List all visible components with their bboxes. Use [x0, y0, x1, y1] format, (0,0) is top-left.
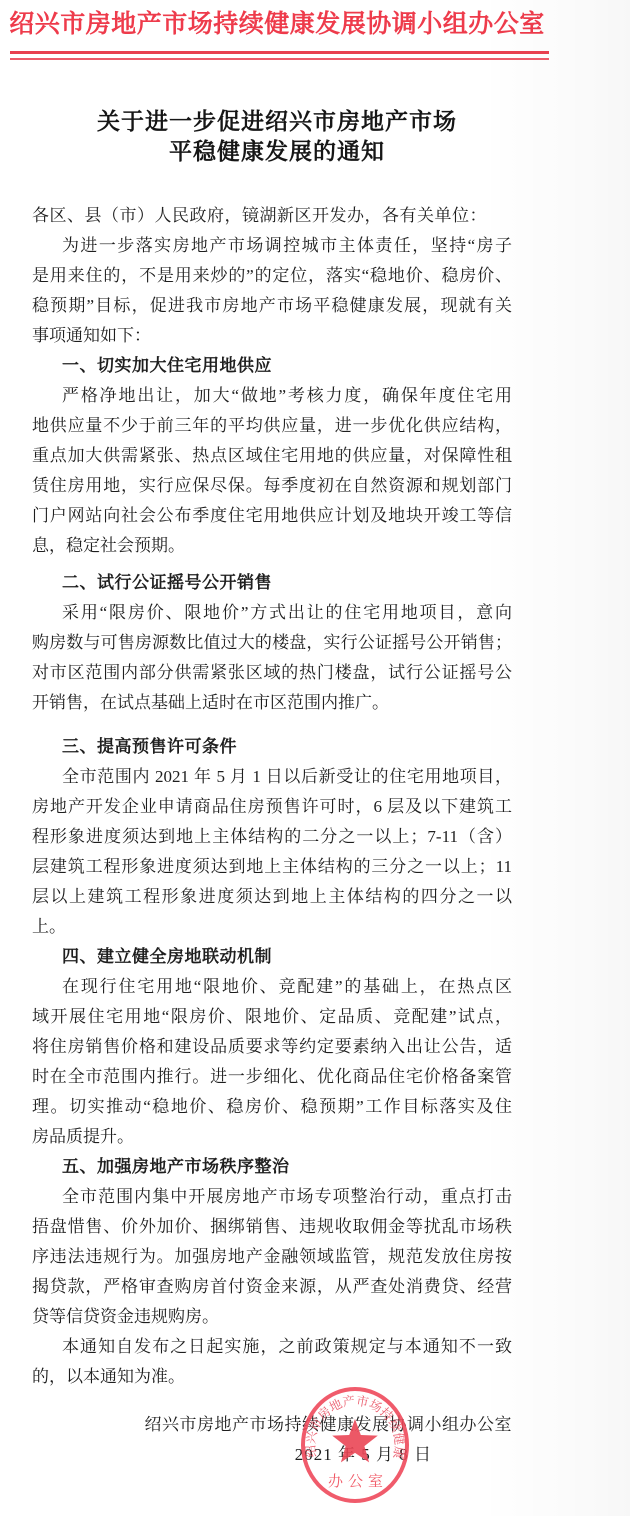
body-line: 对市区范围内部分供需紧张区域的热门楼盘，试行公证摇号公	[32, 658, 512, 688]
body-line: 将住房销售价格和建设品质要求等约定要素纳入出让公告，适	[32, 1032, 512, 1062]
body-line: 时在全市范围内推行。进一步细化、优化商品住宅价格备案管	[32, 1062, 512, 1092]
section-heading-3: 三、提高预售许可条件	[32, 732, 512, 762]
letterhead-divider-line	[10, 51, 549, 60]
body-line: 贷等信贷资金违规购房。	[32, 1302, 512, 1332]
body-line: 域开展住宅用地“限房价、限地价、定品质、竞配建”试点，	[32, 1002, 512, 1032]
body-line: 全市范围内 2021 年 5 月 1 日以后新受让的住宅用地项目，	[32, 762, 512, 792]
addressee-line: 各区、县（市）人民政府，镜湖新区开发办，各有关单位：	[32, 201, 512, 231]
body-line: 理。切实推动“稳地价、稳房价、稳预期”工作目标落实及住	[32, 1092, 512, 1122]
body-line: 序违法违规行为。加强房地产金融领域监管，规范发放住房按	[32, 1242, 512, 1272]
body-line: 事项通知如下：	[32, 321, 512, 351]
body-line: 层建筑工程形象进度须达到地上主体结构的三分之一以上；11	[32, 852, 512, 882]
body-line: 息，稳定社会预期。	[32, 531, 512, 561]
document-body: 各区、县（市）人民政府，镜湖新区开发办，各有关单位： 为进一步落实房地产市场调控…	[0, 201, 630, 1392]
official-notice-document: 绍兴市房地产市场持续健康发展协调小组办公室 关于进一步促进绍兴市房地产市场 平稳…	[0, 0, 630, 1516]
body-line: 全市范围内集中开展房地产市场专项整治行动，重点打击	[32, 1182, 512, 1212]
body-line: 采用“限房价、限地价”方式出让的住宅用地项目，意向	[32, 598, 512, 628]
body-line: 捂盘惜售、价外加价、捆绑销售、违规收取佣金等扰乱市场秩	[32, 1212, 512, 1242]
body-line: 上。	[32, 912, 512, 942]
signature-organization: 绍兴市房地产市场持续健康发展协调小组办公室	[32, 1410, 512, 1440]
document-title-line2: 平稳健康发展的通知	[0, 137, 554, 167]
body-line: 赁住房用地，实行应保尽保。每季度初在自然资源和规划部门	[32, 471, 512, 501]
signature-date: 2021 年 5 月 8 日	[32, 1440, 512, 1470]
section-heading-2: 二、试行公证摇号公开销售	[32, 568, 512, 598]
body-line: 门户网站向社会公布季度住宅用地供应计划及地块开竣工等信	[32, 501, 512, 531]
body-line: 本通知自发布之日起实施，之前政策规定与本通知不一致	[32, 1332, 512, 1362]
document-title-line1: 关于进一步促进绍兴市房地产市场	[0, 107, 554, 137]
body-line: 为进一步落实房地产市场调控城市主体责任，坚持“房子	[32, 231, 512, 261]
body-line: 是用来住的，不是用来炒的”的定位，落实“稳地价、稳房价、	[32, 261, 512, 291]
body-line: 重点加大供需紧张、热点区域住宅用地的供应量，对保障性租	[32, 441, 512, 471]
body-line: 在现行住宅用地“限地价、竞配建”的基础上，在热点区	[32, 972, 512, 1002]
section-heading-1: 一、切实加大住宅用地供应	[32, 351, 512, 381]
body-line: 房地产开发企业申请商品住房预售许可时，6 层及以下建筑工	[32, 792, 512, 822]
body-line: 的，以本通知为准。	[32, 1362, 512, 1392]
body-line: 地供应量不少于前三年的平均供应量，进一步优化供应结构，	[32, 411, 512, 441]
section-heading-5: 五、加强房地产市场秩序整治	[32, 1152, 512, 1182]
body-line: 购房数与可售房源数比值过大的楼盘，实行公证摇号公开销售；	[32, 628, 512, 658]
section-heading-4: 四、建立健全房地联动机制	[32, 942, 512, 972]
body-line: 开销售，在试点基础上适时在市区范围内推广。	[32, 688, 512, 718]
body-line: 揭贷款，严格审查购房首付资金来源，从严查处消费贷、经营	[32, 1272, 512, 1302]
body-line: 层以上建筑工程形象进度须达到地上主体结构的四分之一以	[32, 882, 512, 912]
seal-bottom-text: 办公室	[328, 1473, 388, 1490]
body-line: 程形象进度须达到地上主体结构的二分之一以上；7-11（含）	[32, 822, 512, 852]
body-line: 房品质提升。	[32, 1122, 512, 1152]
document-title: 关于进一步促进绍兴市房地产市场 平稳健康发展的通知	[0, 107, 554, 167]
letterhead-title: 绍兴市房地产市场持续健康发展协调小组办公室	[0, 10, 554, 38]
body-line: 严格净地出让，加大“做地”考核力度，确保年度住宅用	[32, 381, 512, 411]
body-line: 稳预期”目标，促进我市房地产市场平稳健康发展，现就有关	[32, 291, 512, 321]
